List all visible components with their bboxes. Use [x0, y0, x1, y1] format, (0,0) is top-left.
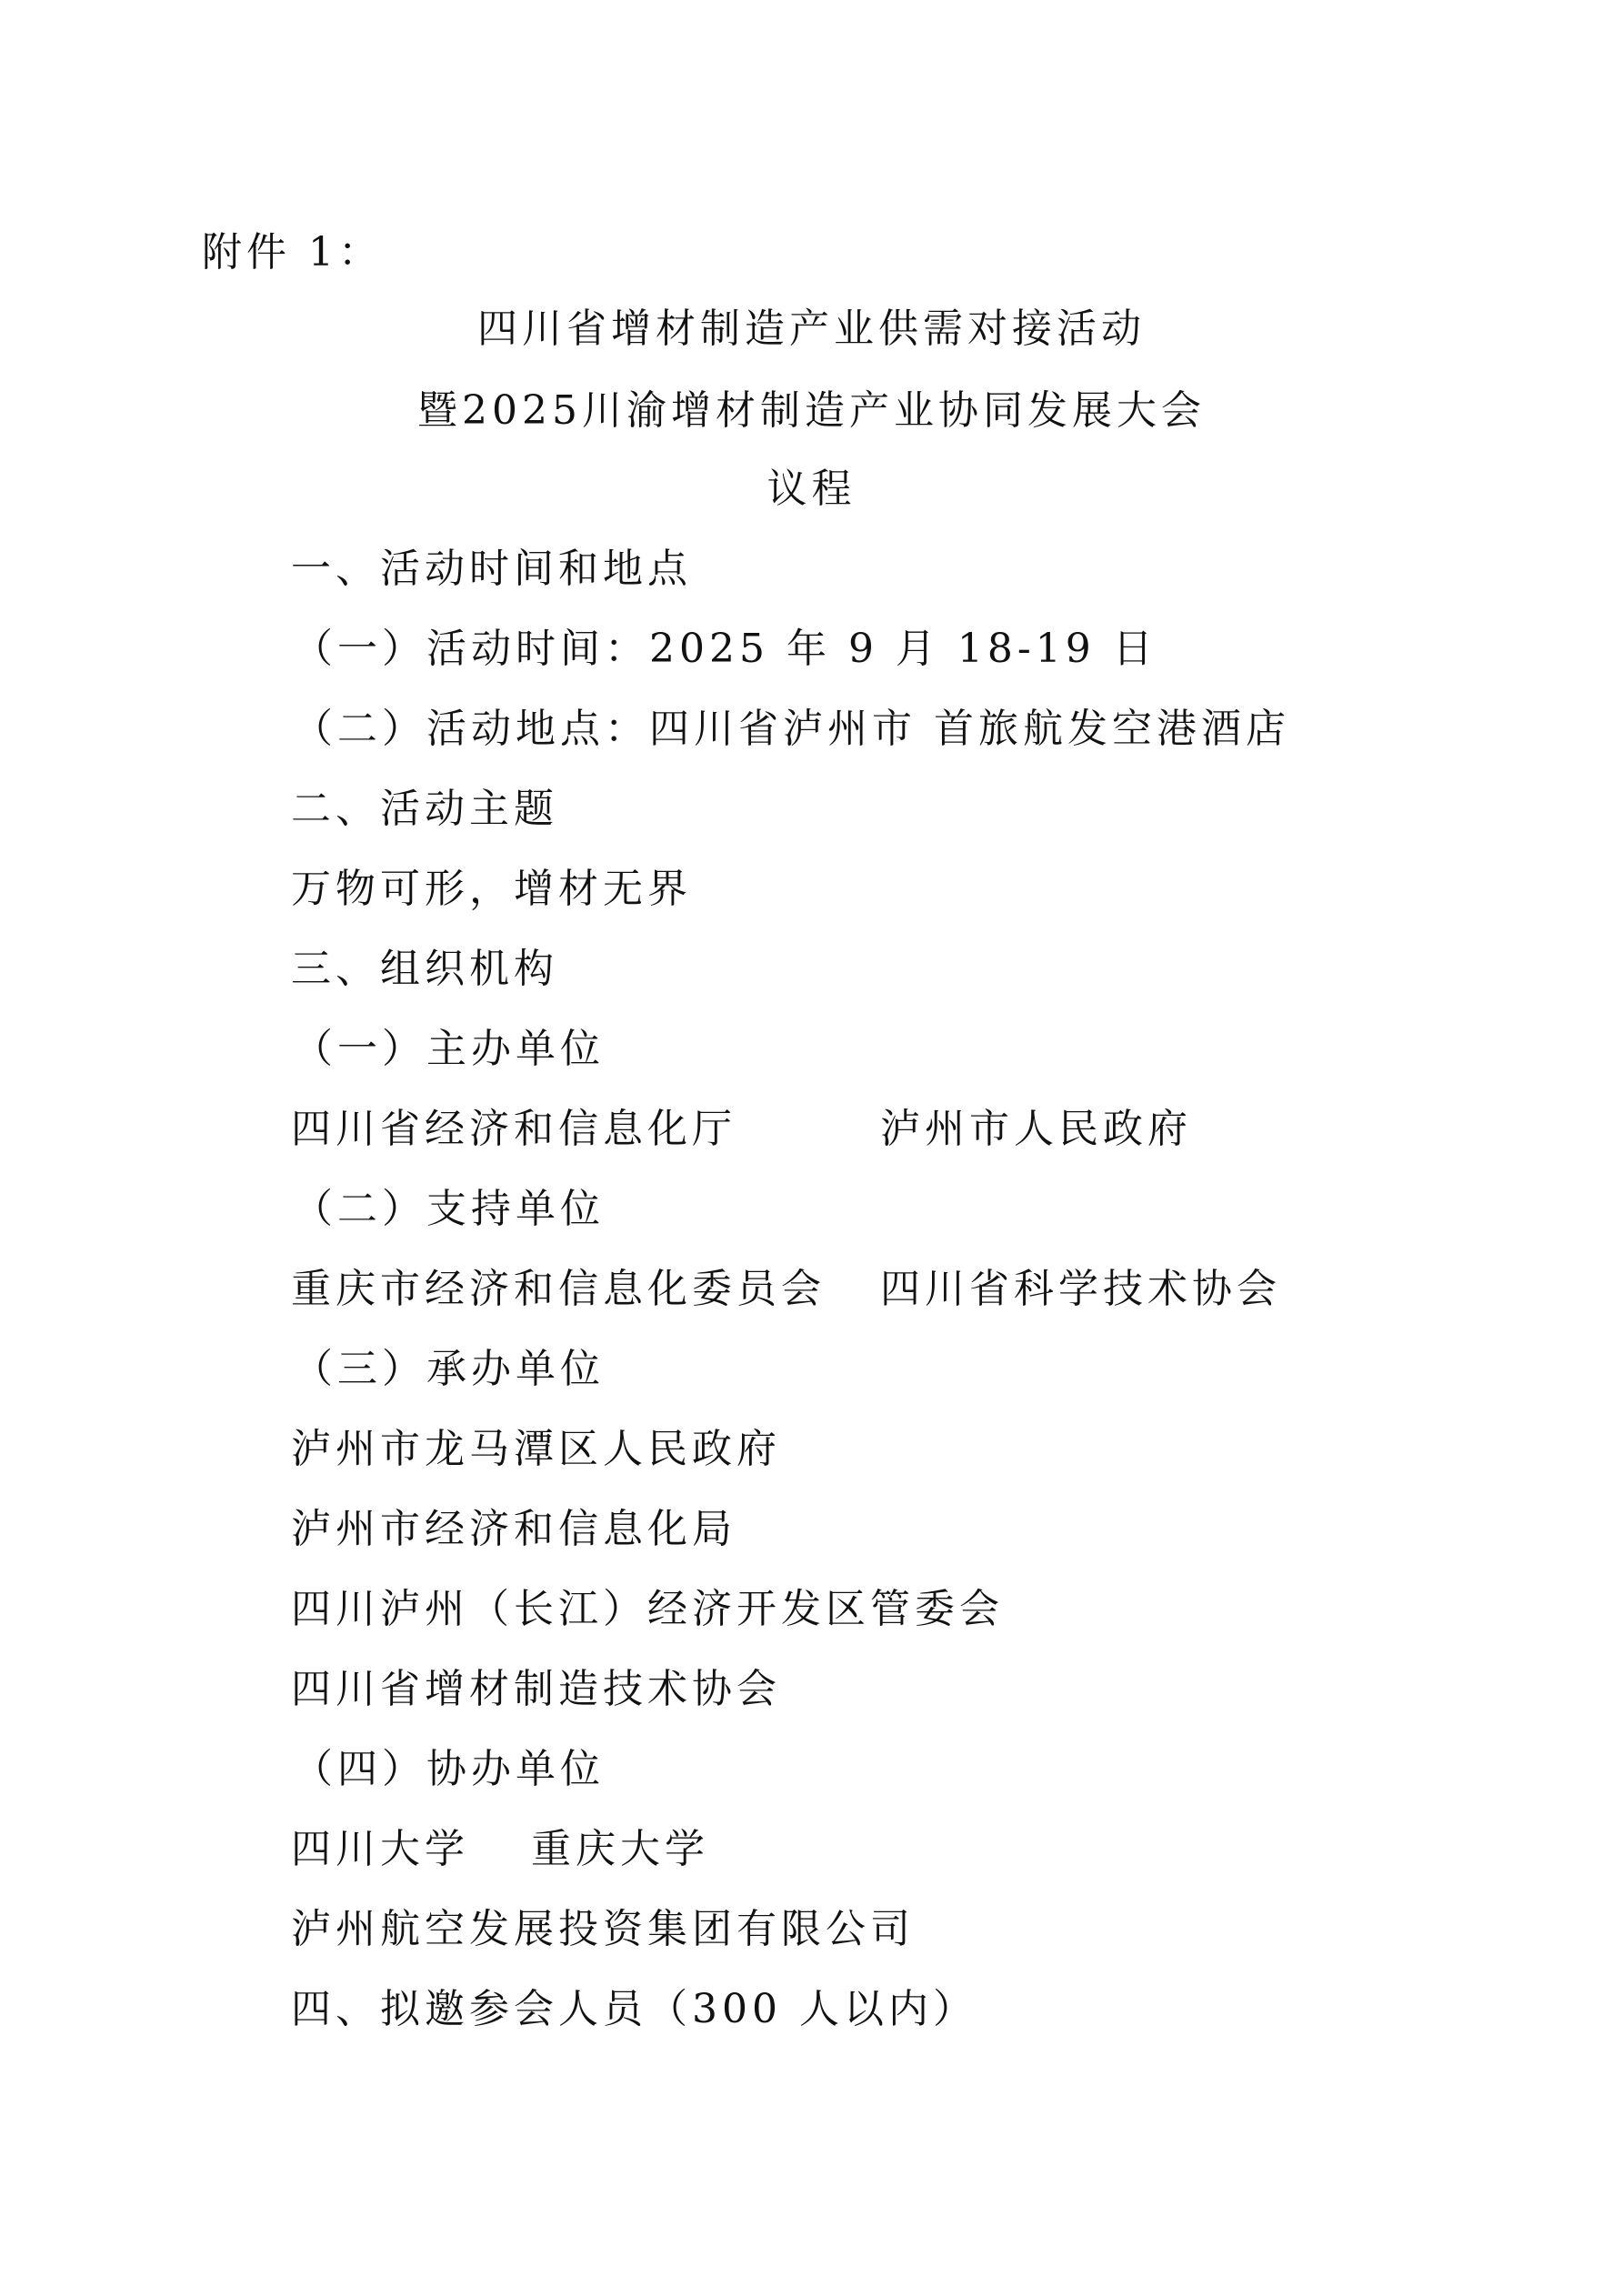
organizer-label: （三）承办单位: [293, 1342, 605, 1397]
host-label: （一）主办单位: [293, 1022, 605, 1077]
section-1-heading: 一、活动时间和地点: [291, 542, 692, 597]
host-org-1: 四川省经济和信息化厅: [291, 1102, 736, 1157]
title-line-2: 暨2025川渝增材制造产业协同发展大会: [0, 384, 1623, 438]
host-org-2: 泸州市人民政府: [880, 1102, 1192, 1157]
co-organizer-org-3: 泸州航空发展投资集团有限公司: [291, 1902, 915, 1957]
event-place: （二）活动地点：四川省泸州市 首旅航发空港酒店: [293, 702, 1290, 757]
section-3-heading: 三、组织机构: [291, 942, 558, 997]
document-page: 附件 1： 四川省增材制造产业供需对接活动 暨2025川渝增材制造产业协同发展大…: [0, 0, 1623, 2296]
title-agenda: 议程: [0, 462, 1623, 516]
organizer-org-4: 四川省增材制造技术协会: [291, 1662, 781, 1717]
organizer-org-1: 泸州市龙马潭区人民政府: [291, 1422, 781, 1477]
support-label: （二）支持单位: [293, 1182, 605, 1237]
co-organizer-label: （四）协办单位: [293, 1742, 605, 1797]
support-org-1: 重庆市经济和信息化委员会: [291, 1262, 826, 1317]
event-theme: 万物可形，增材无界: [291, 862, 692, 917]
attachment-label: 附件 1：: [202, 226, 383, 280]
section-2-heading: 二、活动主题: [291, 782, 558, 837]
co-organizer-org-2: 重庆大学: [531, 1822, 709, 1877]
organizer-org-2: 泸州市经济和信息化局: [291, 1502, 736, 1557]
event-time: （一）活动时间：2025 年 9 月 18-19 日: [293, 622, 1157, 677]
support-org-2: 四川省科学技术协会: [880, 1262, 1281, 1317]
co-organizer-org-1: 四川大学: [291, 1822, 469, 1877]
title-line-1: 四川省增材制造产业供需对接活动: [0, 302, 1623, 356]
organizer-org-3: 四川泸州（长江）经济开发区管委会: [291, 1582, 1004, 1637]
section-4-heading: 四、拟邀参会人员（300 人以内）: [291, 1982, 977, 2037]
